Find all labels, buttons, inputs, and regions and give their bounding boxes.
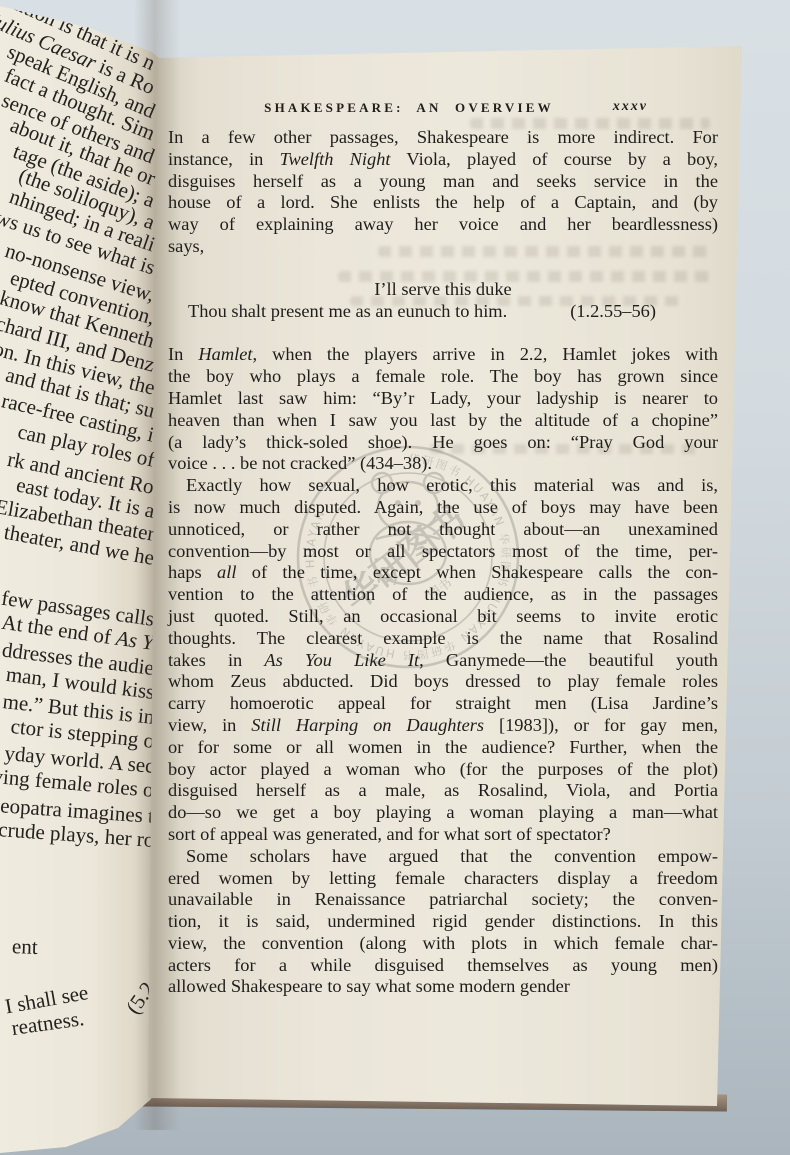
left-page: VERVIEWan Negotiations [19vention is tha… [0, 0, 166, 1155]
text-line: boy actor played a woman who (for the pu… [168, 759, 718, 781]
text-line: Exactly how sexual, how erotic, this mat… [168, 475, 718, 497]
text-line: instance, in Twelfth Night Viola, played… [168, 149, 718, 171]
text-line: haps all of the time, except when Shakes… [168, 562, 718, 584]
paragraph: In Hamlet, when the players arrive in 2.… [168, 344, 718, 475]
paragraph: Some scholars have argued that the conve… [168, 846, 718, 999]
text-line: In Hamlet, when the players arrive in 2.… [168, 344, 718, 366]
text-line: view, in Still Harping on Daughters [198… [168, 715, 718, 737]
text-line: Some scholars have argued that the conve… [168, 846, 718, 868]
text-line: do—so we get a boy playing a woman playi… [168, 802, 718, 824]
text-line: is now much disputed. Again, the use of … [168, 497, 718, 519]
text-line: tion, it is said, undermined rigid gende… [168, 911, 718, 933]
text-line: just quoted. Still, an occasional bit se… [168, 606, 718, 628]
right-page: SHAKESPEARE: AN OVERVIEW xxxv In a few o… [146, 44, 746, 1112]
text-line: view, the convention (along with plots i… [168, 933, 718, 955]
text-line: house of a lord. She enlists the help of… [168, 192, 718, 214]
text-line: unavailable in Renaissance patriarchal s… [168, 889, 718, 911]
text-line: sort of appeal was generated, and for wh… [168, 824, 718, 846]
text-line: convention—by most or all spectators mos… [168, 541, 718, 563]
book-photo: VERVIEWan Negotiations [19vention is tha… [0, 0, 790, 1155]
text-line: or for some or all women in the audience… [168, 737, 718, 759]
block-quote: I’ll serve this dukeThou shalt present m… [168, 279, 718, 323]
text-line: carry homoerotic appeal for straight men… [168, 693, 718, 715]
paragraph: In a few other passages, Shakespeare is … [168, 127, 718, 258]
text-line: disguises herself as a young man and see… [168, 171, 718, 193]
left-page-text-line: VERVIEW [79, 0, 157, 17]
text-line: thoughts. The clearest example is the na… [168, 628, 718, 650]
text-line: ered women by letting female characters … [168, 868, 718, 890]
text-line: In a few other passages, Shakespeare is … [168, 127, 718, 149]
running-head-title: SHAKESPEARE: AN OVERVIEW [264, 100, 554, 116]
running-head: SHAKESPEARE: AN OVERVIEW xxxv [168, 100, 718, 116]
text-line: heaven than when I saw you last by the a… [168, 410, 718, 432]
text-line: disguised herself as a male, as Rosalind… [168, 780, 718, 802]
text-line: Hamlet last saw him: “By’r Lady, your la… [168, 388, 718, 410]
page-body-text: In a few other passages, Shakespeare is … [168, 127, 718, 998]
page-number: xxxv [613, 99, 648, 115]
text-line: vention to the attention of the audience… [168, 584, 718, 606]
text-line: voice . . . be not cracked” (434–38). [168, 453, 718, 475]
text-line: way of explaining away her voice and her… [168, 214, 718, 236]
text-line: says, [168, 236, 718, 258]
text-line: unnoticed, or rather not thought about—a… [168, 519, 718, 541]
quote-text: Thou shalt present me as an eunuch to hi… [188, 301, 507, 323]
text-line: the boy who plays a female role. The boy… [168, 366, 718, 388]
paragraph: Exactly how sexual, how erotic, this mat… [168, 475, 718, 846]
text-line: allowed Shakespeare to say what some mod… [168, 976, 718, 998]
line-citation: (1.2.55–56) [570, 301, 656, 323]
text-line: whom Zeus abducted. Did boys dressed to … [168, 671, 718, 693]
text-line: takes in As You Like It, Ganymede—the be… [168, 650, 718, 672]
text-line: acters for a while disguised themselves … [168, 955, 718, 977]
left-page-text-line: ent [12, 934, 39, 960]
quote-line: Thou shalt present me as an eunuch to hi… [168, 301, 718, 323]
text-line: (a lady’s thick-soled shoe). He goes on:… [168, 432, 718, 454]
quote-line: I’ll serve this duke [168, 279, 718, 301]
